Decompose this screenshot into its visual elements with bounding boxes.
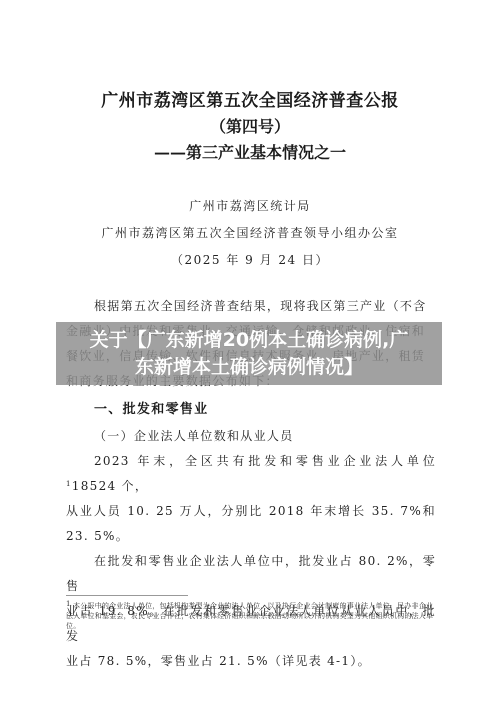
- issuer-block: 广州市荔湾区统计局 广州市荔湾区第五次全国经济普查领导小组办公室 （2025 年…: [0, 193, 500, 274]
- document-page: 广州市荔湾区第五次全国经济普查公报 （第四号） ——第三产业基本情况之一 广州市…: [0, 0, 500, 707]
- subsection-heading: （一）企业法人单位数和从业人员: [66, 423, 436, 449]
- paragraph-line: 在批发和零售业企业法人单位中，批发业占 80. 2%，零售: [66, 549, 436, 599]
- paragraph-text: 2023 年末，全区共有批发和零售业企业法人单位: [94, 454, 436, 468]
- document-number: （第四号）: [0, 114, 500, 140]
- paragraph-line: 业占 78. 5%，零售业占 21. 5%（详见表 4-1）。: [66, 649, 436, 674]
- intro-line: 根据第五次全国经济普查结果，现将我区第三产业（不含: [66, 294, 436, 319]
- overlay-headline-line-2: 东新增本土确诊病例情况】: [56, 354, 442, 381]
- headline-overlay-banner[interactable]: 关于【广东新增20例本土确诊病例,广 东新增本土确诊病例情况】: [56, 322, 442, 385]
- title-block: 广州市荔湾区第五次全国经济普查公报 （第四号） ——第三产业基本情况之一: [0, 88, 500, 166]
- footnote: 1 本公报中的企业法人单位，包括机构类型为企业的法人单位，以及执行企业会计制度的…: [66, 601, 436, 631]
- publish-date: （2025 年 9 月 24 日）: [0, 247, 500, 274]
- footnote-marker: 1: [66, 600, 71, 608]
- section-wholesale-retail: 一、批发和零售业 （一）企业法人单位数和从业人员 2023 年末，全区共有批发和…: [66, 397, 436, 674]
- footnote-reference[interactable]: 1: [66, 480, 72, 488]
- footnote-divider: [66, 595, 188, 596]
- section-heading: 一、批发和零售业: [66, 397, 436, 423]
- issuer-census-office: 广州市荔湾区第五次全国经济普查领导小组办公室: [0, 220, 500, 247]
- issuer-statistics-bureau: 广州市荔湾区统计局: [0, 193, 500, 220]
- paragraph-text: 18524 个，: [72, 479, 148, 493]
- document-title: 广州市荔湾区第五次全国经济普查公报: [0, 88, 500, 114]
- paragraph-line: 2023 年末，全区共有批发和零售业企业法人单位118524 个，: [66, 449, 436, 499]
- footnote-text: 本公报中的企业法人单位，包括机构类型为企业的法人单位，以及执行企业会计制度的事业…: [66, 602, 433, 630]
- overlay-headline-line-1: 关于【广东新增20例本土确诊病例,广: [56, 327, 442, 354]
- paragraph-line: 从业人员 10. 25 万人，分别比 2018 年末增长 35. 7%和 23.…: [66, 499, 436, 549]
- document-subtitle: ——第三产业基本情况之一: [0, 140, 500, 166]
